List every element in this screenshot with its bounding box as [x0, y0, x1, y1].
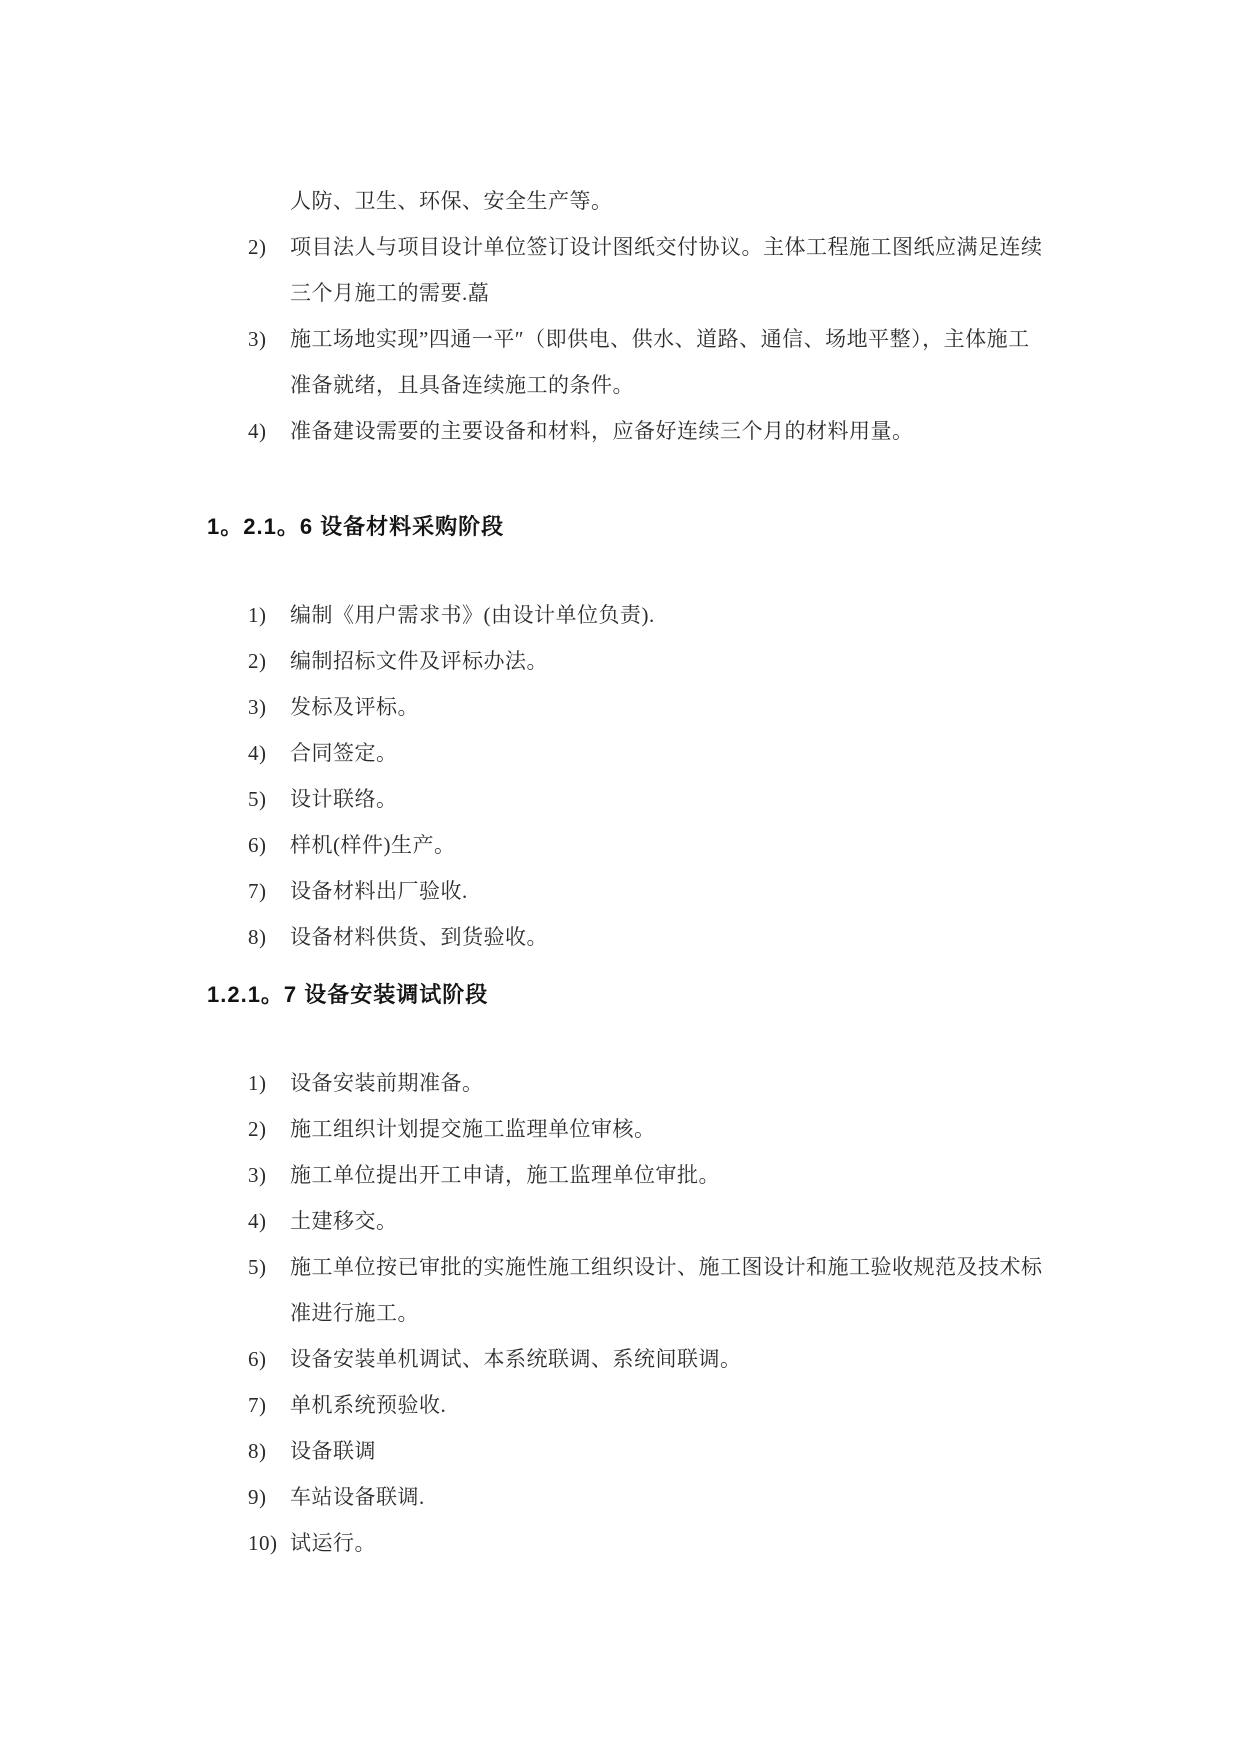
item-text: 编制招标文件及评标办法。 — [290, 638, 1041, 684]
text-line: 三个月施工的需要.藠 — [290, 270, 1043, 316]
list-item: 4) 准备建设需要的主要设备和材料，应备好连续三个月的材料用量。 — [207, 408, 1041, 454]
item-number: 6) — [248, 822, 290, 868]
heading-equipment-procurement: 1。2.1。6 设备材料采购阶段 — [207, 512, 1041, 542]
text-line: 试运行。 — [290, 1520, 1041, 1566]
item-number: 5) — [248, 1244, 290, 1290]
item-text: 合同签定。 — [290, 730, 1041, 776]
list-item: 2) 施工组织计划提交施工监理单位审核。 — [207, 1106, 1041, 1152]
item-number: 2) — [248, 638, 290, 684]
item-text: 施工单位提出开工申请，施工监理单位审批。 — [290, 1152, 1041, 1198]
text-line: 样机(样件)生产。 — [290, 822, 1041, 868]
item-number: 9) — [248, 1474, 290, 1520]
list-item: 3) 施工场地实现”四通一平″（即供电、供水、道路、通信、场地平整），主体施工 … — [207, 316, 1041, 408]
item-number: 3) — [248, 316, 290, 362]
item-text: 设计联络。 — [290, 776, 1041, 822]
item-text: 设备材料供货、到货验收。 — [290, 914, 1041, 960]
intro-list: 人防、卫生、环保、安全生产等。 2) 项目法人与项目设计单位签订设计图纸交付协议… — [207, 178, 1041, 454]
item-number: 3) — [248, 684, 290, 730]
list-item: 4) 合同签定。 — [207, 730, 1041, 776]
list-item: 5) 设计联络。 — [207, 776, 1041, 822]
document-content: 人防、卫生、环保、安全生产等。 2) 项目法人与项目设计单位签订设计图纸交付协议… — [207, 178, 1041, 1566]
text-line: 施工场地实现”四通一平″（即供电、供水、道路、通信、场地平整），主体施工 — [290, 316, 1041, 362]
list-item: 2) 项目法人与项目设计单位签订设计图纸交付协议。主体工程施工图纸应满足连续 三… — [207, 224, 1041, 316]
item-text: 设备联调 — [290, 1428, 1041, 1474]
list-item: 6) 样机(样件)生产。 — [207, 822, 1041, 868]
text-line: 合同签定。 — [290, 730, 1041, 776]
item-number: 4) — [248, 1198, 290, 1244]
text-line: 设备材料出厂验收. — [290, 868, 1041, 914]
item-number: 4) — [248, 730, 290, 776]
list-item: 8) 设备材料供货、到货验收。 — [207, 914, 1041, 960]
list-item: 5) 施工单位按已审批的实施性施工组织设计、施工图设计和施工验收规范及技术标 准… — [207, 1244, 1041, 1336]
text-line: 施工单位按已审批的实施性施工组织设计、施工图设计和施工验收规范及技术标 — [290, 1244, 1043, 1290]
text-line: 设备材料供货、到货验收。 — [290, 914, 1041, 960]
item-text: 人防、卫生、环保、安全生产等。 — [290, 178, 1041, 224]
item-text: 设备材料出厂验收. — [290, 868, 1041, 914]
item-number: 7) — [248, 868, 290, 914]
heading-equipment-installation: 1.2.1。7 设备安装调试阶段 — [207, 980, 1041, 1010]
text-line: 单机系统预验收. — [290, 1382, 1041, 1428]
text-line: 设备安装前期准备。 — [290, 1060, 1041, 1106]
list-item: 2) 编制招标文件及评标办法。 — [207, 638, 1041, 684]
item-number: 1) — [248, 592, 290, 638]
list-item: 1) 编制《用户需求书》(由设计单位负责). — [207, 592, 1041, 638]
item-text: 车站设备联调. — [290, 1474, 1041, 1520]
item-text: 发标及评标。 — [290, 684, 1041, 730]
list-item: 3) 发标及评标。 — [207, 684, 1041, 730]
list-item: 7) 设备材料出厂验收. — [207, 868, 1041, 914]
text-line: 编制《用户需求书》(由设计单位负责). — [290, 592, 1041, 638]
text-line: 准备就绪，且具备连续施工的条件。 — [290, 362, 1041, 408]
item-text: 土建移交。 — [290, 1198, 1041, 1244]
list-item: 人防、卫生、环保、安全生产等。 — [207, 178, 1041, 224]
item-text: 施工组织计划提交施工监理单位审核。 — [290, 1106, 1041, 1152]
item-number: 8) — [248, 914, 290, 960]
text-line: 人防、卫生、环保、安全生产等。 — [290, 178, 1041, 224]
item-text: 施工场地实现”四通一平″（即供电、供水、道路、通信、场地平整），主体施工 准备就… — [290, 316, 1041, 408]
list-item: 1) 设备安装前期准备。 — [207, 1060, 1041, 1106]
text-line: 设备安装单机调试、本系统联调、系统间联调。 — [290, 1336, 1041, 1382]
installation-list: 1) 设备安装前期准备。 2) 施工组织计划提交施工监理单位审核。 3) 施工单… — [207, 1060, 1041, 1566]
text-line: 项目法人与项目设计单位签订设计图纸交付协议。主体工程施工图纸应满足连续 — [290, 224, 1043, 270]
item-number: 4) — [248, 408, 290, 454]
item-number: 7) — [248, 1382, 290, 1428]
item-text: 样机(样件)生产。 — [290, 822, 1041, 868]
text-line: 编制招标文件及评标办法。 — [290, 638, 1041, 684]
text-line: 土建移交。 — [290, 1198, 1041, 1244]
item-number: 5) — [248, 776, 290, 822]
item-text: 单机系统预验收. — [290, 1382, 1041, 1428]
item-number: 10) — [248, 1520, 290, 1566]
document-page: 人防、卫生、环保、安全生产等。 2) 项目法人与项目设计单位签订设计图纸交付协议… — [0, 0, 1241, 1754]
item-text: 编制《用户需求书》(由设计单位负责). — [290, 592, 1041, 638]
item-number: 1) — [248, 1060, 290, 1106]
item-number: 6) — [248, 1336, 290, 1382]
item-text: 项目法人与项目设计单位签订设计图纸交付协议。主体工程施工图纸应满足连续 三个月施… — [290, 224, 1043, 316]
list-item: 7) 单机系统预验收. — [207, 1382, 1041, 1428]
text-line: 车站设备联调. — [290, 1474, 1041, 1520]
list-item: 4) 土建移交。 — [207, 1198, 1041, 1244]
text-line: 准备建设需要的主要设备和材料，应备好连续三个月的材料用量。 — [290, 408, 1041, 454]
item-text: 施工单位按已审批的实施性施工组织设计、施工图设计和施工验收规范及技术标 准进行施… — [290, 1244, 1043, 1336]
list-item: 9) 车站设备联调. — [207, 1474, 1041, 1520]
item-number: 3) — [248, 1152, 290, 1198]
item-number: 8) — [248, 1428, 290, 1474]
item-text: 设备安装前期准备。 — [290, 1060, 1041, 1106]
list-item: 10) 试运行。 — [207, 1520, 1041, 1566]
list-item: 3) 施工单位提出开工申请，施工监理单位审批。 — [207, 1152, 1041, 1198]
item-text: 试运行。 — [290, 1520, 1041, 1566]
text-line: 设备联调 — [290, 1428, 1041, 1474]
text-line: 施工组织计划提交施工监理单位审核。 — [290, 1106, 1041, 1152]
item-text: 准备建设需要的主要设备和材料，应备好连续三个月的材料用量。 — [290, 408, 1041, 454]
list-item: 8) 设备联调 — [207, 1428, 1041, 1474]
text-line: 施工单位提出开工申请，施工监理单位审批。 — [290, 1152, 1041, 1198]
item-number: 2) — [248, 1106, 290, 1152]
procurement-list: 1) 编制《用户需求书》(由设计单位负责). 2) 编制招标文件及评标办法。 3… — [207, 592, 1041, 960]
list-item: 6) 设备安装单机调试、本系统联调、系统间联调。 — [207, 1336, 1041, 1382]
item-text: 设备安装单机调试、本系统联调、系统间联调。 — [290, 1336, 1041, 1382]
text-line: 设计联络。 — [290, 776, 1041, 822]
text-line: 准进行施工。 — [290, 1290, 1043, 1336]
text-line: 发标及评标。 — [290, 684, 1041, 730]
item-number: 2) — [248, 224, 290, 270]
